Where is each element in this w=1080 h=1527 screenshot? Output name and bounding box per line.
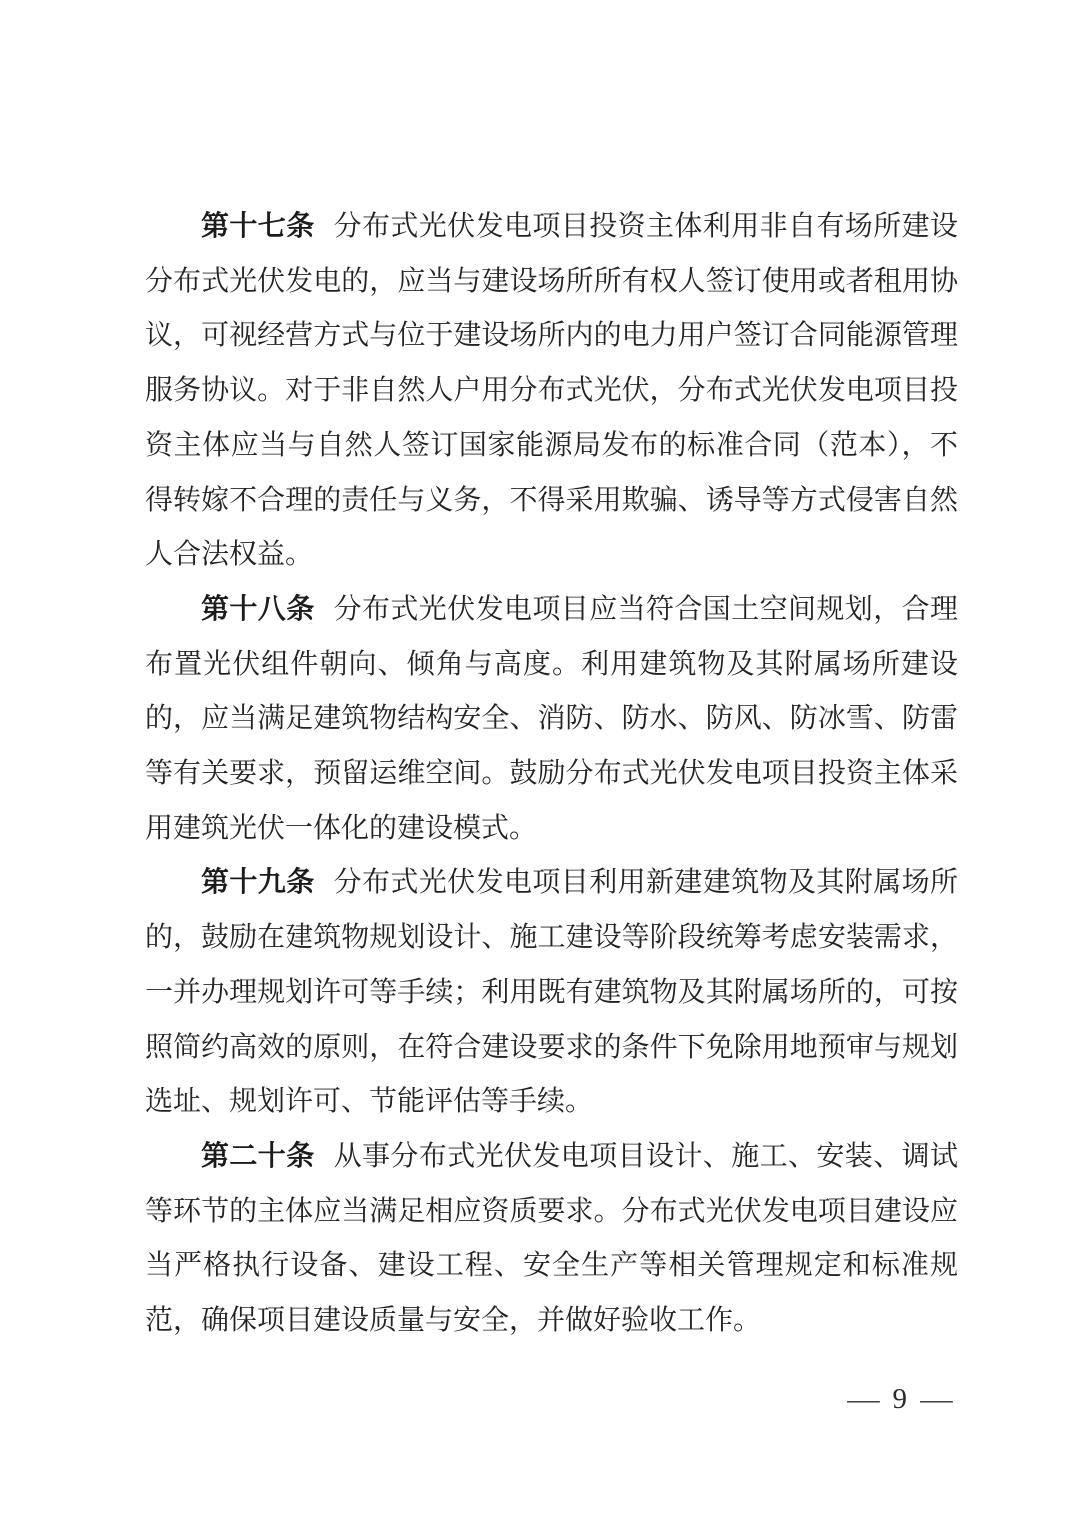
article-18-number: 第十八条: [201, 594, 315, 625]
article-17-number: 第十七条: [201, 211, 315, 242]
article-20-number: 第二十条: [201, 1141, 315, 1172]
article-17-text: 分布式光伏发电项目投资主体利用非自有场所建设分布式光伏发电的，应当与建设场所所有…: [145, 211, 958, 570]
article-paragraph-20: 第二十条从事分布式光伏发电项目设计、施工、安装、调试等环节的主体应当满足相应资质…: [145, 1130, 958, 1349]
article-paragraph-18: 第十八条分布式光伏发电项目应当符合国土空间规划，合理布置光伏组件朝向、倾角与高度…: [145, 583, 958, 857]
document-page: 第十七条分布式光伏发电项目投资主体利用非自有场所建设分布式光伏发电的，应当与建设…: [0, 0, 1080, 1527]
article-19-text: 分布式光伏发电项目利用新建建筑物及其附属场所的，鼓励在建筑物规划设计、施工建设等…: [145, 867, 958, 1117]
page-number-dash-left: —: [847, 1384, 879, 1414]
page-number: 9: [893, 1384, 908, 1414]
article-19-number: 第十九条: [201, 867, 315, 898]
article-paragraph-17: 第十七条分布式光伏发电项目投资主体利用非自有场所建设分布式光伏发电的，应当与建设…: [145, 200, 958, 583]
page-number-dash-right: —: [920, 1384, 952, 1414]
article-18-text: 分布式光伏发电项目应当符合国土空间规划，合理布置光伏组件朝向、倾角与高度。利用建…: [145, 594, 958, 844]
page-footer: — 9 —: [850, 1384, 951, 1414]
document-body: 第十七条分布式光伏发电项目投资主体利用非自有场所建设分布式光伏发电的，应当与建设…: [145, 200, 958, 1349]
article-paragraph-19: 第十九条分布式光伏发电项目利用新建建筑物及其附属场所的，鼓励在建筑物规划设计、施…: [145, 856, 958, 1130]
